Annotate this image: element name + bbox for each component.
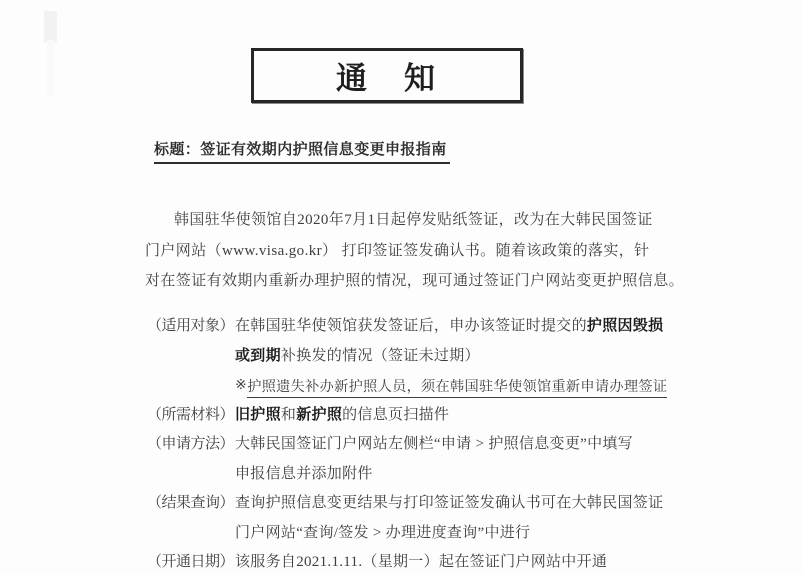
notice-title-box: 通 知 bbox=[251, 48, 523, 103]
scan-artifact-streak bbox=[47, 40, 54, 96]
section-opening-row: （开通日期） 该服务自2021.1.11.（星期一）起在签证门户网站中开通 bbox=[147, 548, 667, 574]
label-spacer bbox=[147, 371, 235, 401]
section-target-label: （适用对象） bbox=[147, 312, 235, 342]
section-result-row-2: 门户网站“查询/签发 > 办理进度查询”中进行 bbox=[147, 519, 667, 549]
label-spacer bbox=[147, 519, 235, 549]
section-target-row-1: （适用对象） 在韩国驻华使领馆获发签证后，申办该签证时提交的护照因毁损 bbox=[147, 312, 667, 342]
section-materials-label: （所需材料） bbox=[147, 401, 235, 431]
target-line1-bold: 护照因毁损 bbox=[587, 318, 664, 334]
label-spacer bbox=[147, 342, 235, 372]
target-line1-text: 在韩国驻华使领馆获发签证后，申办该签证时提交的 bbox=[235, 318, 587, 334]
section-target-line-1: 在韩国驻华使领馆获发签证后，申办该签证时提交的护照因毁损 bbox=[235, 312, 663, 342]
section-opening-text: 该服务自2021.1.11.（星期一）起在签证门户网站中开通 bbox=[235, 548, 607, 574]
section-method-row-2: 申报信息并添加附件 bbox=[147, 460, 667, 490]
section-opening-label: （开通日期） bbox=[147, 548, 235, 574]
section-target-note-row: ※ 护照遗失补办新护照人员，须在韩国驻华使领馆重新申请办理签证 bbox=[147, 371, 667, 401]
section-result-line-1: 查询护照信息变更结果与打印签证签发确认书可在大韩民国签证 bbox=[235, 489, 663, 519]
section-method-label: （申请方法） bbox=[147, 430, 235, 460]
section-method-line-1: 大韩民国签证门户网站左侧栏“申请 > 护照信息变更”中填写 bbox=[235, 430, 633, 460]
label-spacer bbox=[147, 460, 235, 490]
section-materials-row: （所需材料） 旧护照和新护照的信息页扫描件 bbox=[147, 401, 667, 431]
doc-heading: 标题：签证有效期内护照信息变更申报指南 bbox=[154, 141, 450, 164]
section-method-line-2: 申报信息并添加附件 bbox=[235, 460, 373, 490]
section-result-label: （结果查询） bbox=[147, 489, 235, 519]
scan-artifact bbox=[44, 11, 57, 43]
notice-title: 通 知 bbox=[336, 53, 438, 98]
materials-mid-text: 和 bbox=[281, 407, 296, 423]
info-sections: （适用对象） 在韩国驻华使领馆获发签证后，申办该签证时提交的护照因毁损 或到期补… bbox=[147, 312, 667, 574]
intro-line-1: 韩国驻华使领馆自2020年7月1日起停发贴纸签证，改为在大韩民国签证 bbox=[145, 205, 650, 236]
section-result-row-1: （结果查询） 查询护照信息变更结果与打印签证签发确认书可在大韩民国签证 bbox=[147, 489, 667, 519]
notice-document: 通 知 标题：签证有效期内护照信息变更申报指南 韩国驻华使领馆自2020年7月1… bbox=[0, 0, 802, 574]
section-method-row-1: （申请方法） 大韩民国签证门户网站左侧栏“申请 > 护照信息变更”中填写 bbox=[147, 430, 667, 460]
materials-rest-text: 的信息页扫描件 bbox=[342, 407, 449, 423]
section-materials-text: 旧护照和新护照的信息页扫描件 bbox=[235, 401, 449, 431]
target-line2-bold: 或到期 bbox=[235, 348, 281, 364]
target-line2-text: 补换发的情况（签证未过期） bbox=[281, 348, 480, 364]
section-target-note: 护照遗失补办新护照人员，须在韩国驻华使领馆重新申请办理签证 bbox=[247, 378, 667, 398]
section-target-line-2: 或到期补换发的情况（签证未过期） bbox=[235, 342, 480, 372]
doc-heading-text: 标题：签证有效期内护照信息变更申报指南 bbox=[154, 141, 450, 164]
section-result-line-2: 门户网站“查询/签发 > 办理进度查询”中进行 bbox=[235, 519, 530, 549]
section-target-row-2: 或到期补换发的情况（签证未过期） bbox=[147, 342, 667, 372]
note-reference-mark: ※ bbox=[235, 371, 247, 401]
intro-line-2: 门户网站（www.visa.go.kr） 打印签证签发确认书。随着该政策的落实，… bbox=[145, 236, 650, 267]
intro-line-3: 对在签证有效期内重新办理护照的情况，现可通过签证门户网站变更护照信息。 bbox=[145, 266, 650, 297]
materials-bold-old-passport: 旧护照 bbox=[235, 407, 281, 423]
materials-bold-new-passport: 新护照 bbox=[296, 407, 342, 423]
intro-paragraph: 韩国驻华使领馆自2020年7月1日起停发贴纸签证，改为在大韩民国签证 门户网站（… bbox=[145, 205, 650, 297]
